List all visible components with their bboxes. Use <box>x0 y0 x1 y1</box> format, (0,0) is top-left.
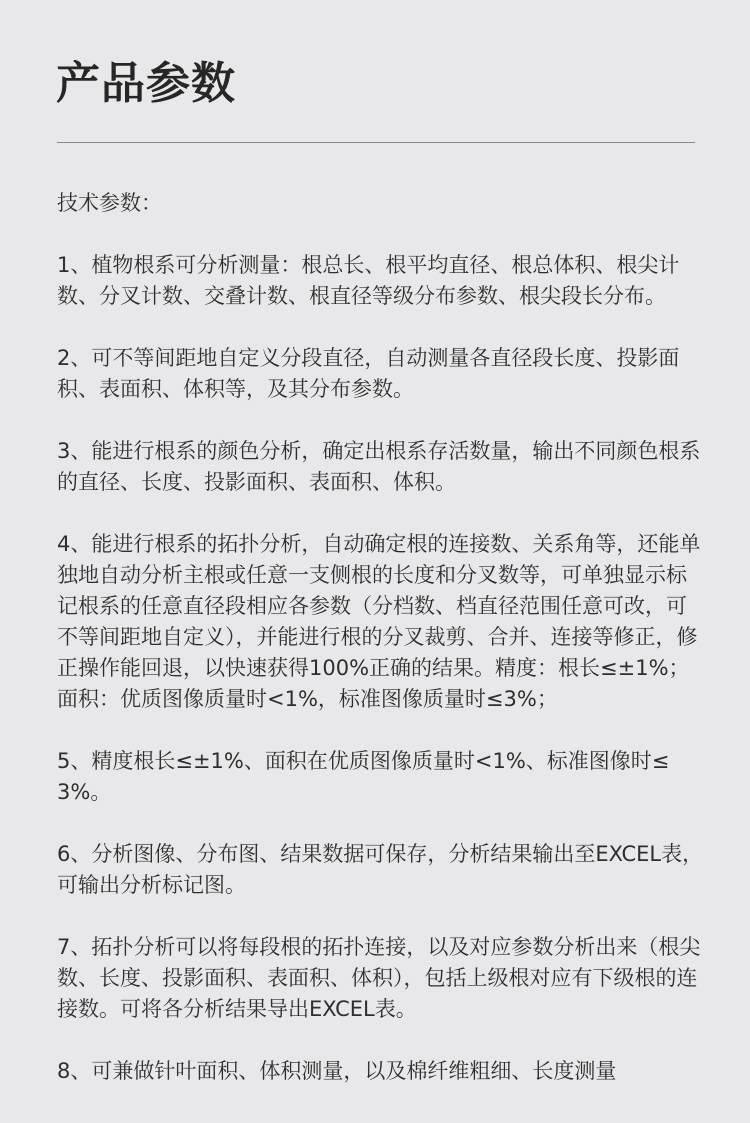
spec-item-8: 8、可兼做针叶面积、体积测量，以及棉纤维粗细、长度测量 <box>57 1056 707 1087</box>
spec-item-6: 6、分析图像、分布图、结果数据可保存，分析结果输出至EXCEL表，可输出分析标记… <box>57 839 707 901</box>
spec-intro: 技术参数： <box>57 188 707 219</box>
spec-item-7: 7、拓扑分析可以将每段根的拓扑连接，以及对应参数分析出来（根尖数、长度、投影面积… <box>57 932 707 1025</box>
spec-item-3: 3、能进行根系的颜色分析，确定出根系存活数量，输出不同颜色根系的直径、长度、投影… <box>57 436 707 498</box>
spec-item-1: 1、植物根系可分析测量：根总长、根平均直径、根总体积、根尖计数、分叉计数、交叠计… <box>57 250 707 312</box>
title-divider <box>57 142 695 143</box>
spec-item-5: 5、精度根长≤±1%、面积在优质图像质量时<1%、标准图像时≤3%。 <box>57 746 707 808</box>
page-title: 产品参数 <box>56 56 236 112</box>
spec-item-4: 4、能进行根系的拓扑分析，自动确定根的连接数、关系角等，还能单独地自动分析主根或… <box>57 529 707 715</box>
spec-content: 技术参数： 1、植物根系可分析测量：根总长、根平均直径、根总体积、根尖计数、分叉… <box>57 188 707 1118</box>
spec-item-2: 2、可不等间距地自定义分段直径，自动测量各直径段长度、投影面积、表面积、体积等，… <box>57 343 707 405</box>
